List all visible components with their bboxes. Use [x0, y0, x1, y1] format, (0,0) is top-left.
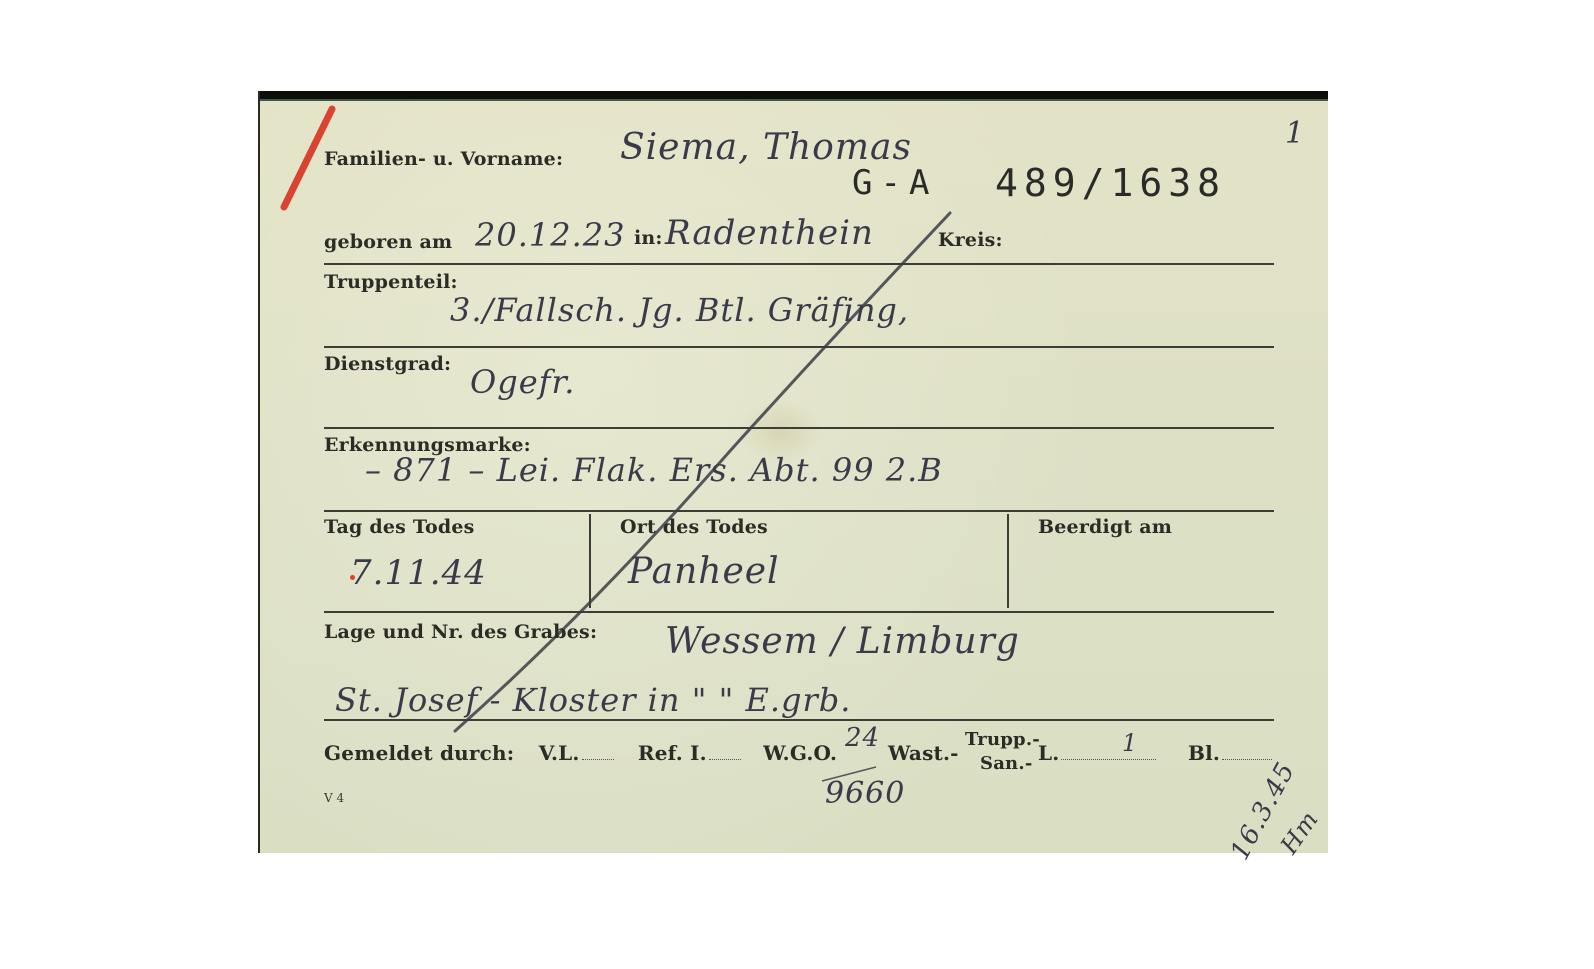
san-label: San.- — [980, 753, 1033, 774]
unit-value: 3./Fallsch. Jg. Btl. Gräfing, — [450, 291, 909, 329]
death-date-value: 7.11.44 — [350, 553, 487, 593]
born-place-value: Radenthein — [665, 213, 874, 253]
death-place-value: Panheel — [628, 551, 780, 592]
grave-label: Lage und Nr. des Grabes: — [324, 621, 597, 643]
wgo-value: 24 — [845, 723, 880, 753]
bl-label-text: Bl. — [1188, 741, 1220, 765]
death-date-label: Tag des Todes — [324, 516, 475, 538]
name-label: Familien- u. Vorname: — [324, 148, 563, 170]
rank-value: Ogefr. — [470, 363, 575, 401]
death-place-label: Ort des Todes — [620, 516, 768, 538]
row-divider — [324, 263, 1274, 265]
row-divider — [324, 611, 1274, 613]
vl-label: V.L. — [539, 741, 580, 765]
unit-label: Truppenteil: — [324, 271, 458, 293]
grave-value-line1: Wessem / Limburg — [665, 621, 1020, 662]
pencil-underline — [820, 763, 880, 783]
wast-label: Wast.- — [888, 741, 959, 765]
red-dot — [350, 575, 355, 580]
row-divider — [324, 427, 1274, 429]
form-code: V 4 — [324, 791, 344, 805]
kreis-label: Kreis: — [938, 229, 1003, 251]
row-divider — [324, 719, 1274, 721]
column-divider — [1007, 514, 1009, 608]
stamp-number: 489/1638 — [995, 161, 1226, 205]
reported-by-row: Gemeldet durch: V.L. Ref. I. W.G.O. — [324, 741, 837, 765]
row-divider — [324, 346, 1274, 348]
name-value: Siema, Thomas — [620, 127, 912, 168]
reported-by-label: Gemeldet durch: — [324, 741, 514, 765]
l-label: L. — [1038, 741, 1158, 765]
id-tag-value: – 871 – Lei. Flak. Ers. Abt. 99 2.B — [365, 451, 943, 489]
trupp-label: Trupp.- — [965, 729, 1040, 750]
corner-mark: 1 — [1285, 116, 1305, 151]
born-date-value: 20.12.23 — [475, 216, 626, 254]
grave-value-line2: St. Josef - Kloster in " " E.grb. — [335, 681, 851, 719]
l-label-text: L. — [1038, 741, 1059, 765]
row-divider — [324, 510, 1274, 512]
ref-label: Ref. I. — [638, 741, 707, 765]
bl-label: Bl. — [1188, 741, 1274, 765]
born-label: geboren am — [324, 231, 452, 253]
born-in-label: in: — [634, 227, 663, 249]
rank-label: Dienstgrad: — [324, 353, 451, 375]
wgo-label: W.G.O. — [763, 741, 837, 765]
death-record-card: 1 Familien- u. Vorname: Siema, Thomas G-… — [258, 91, 1328, 853]
column-divider — [589, 514, 591, 608]
buried-label: Beerdigt am — [1038, 516, 1172, 538]
l-value: 1 — [1122, 729, 1138, 757]
stamp-prefix: G-A — [852, 163, 937, 203]
